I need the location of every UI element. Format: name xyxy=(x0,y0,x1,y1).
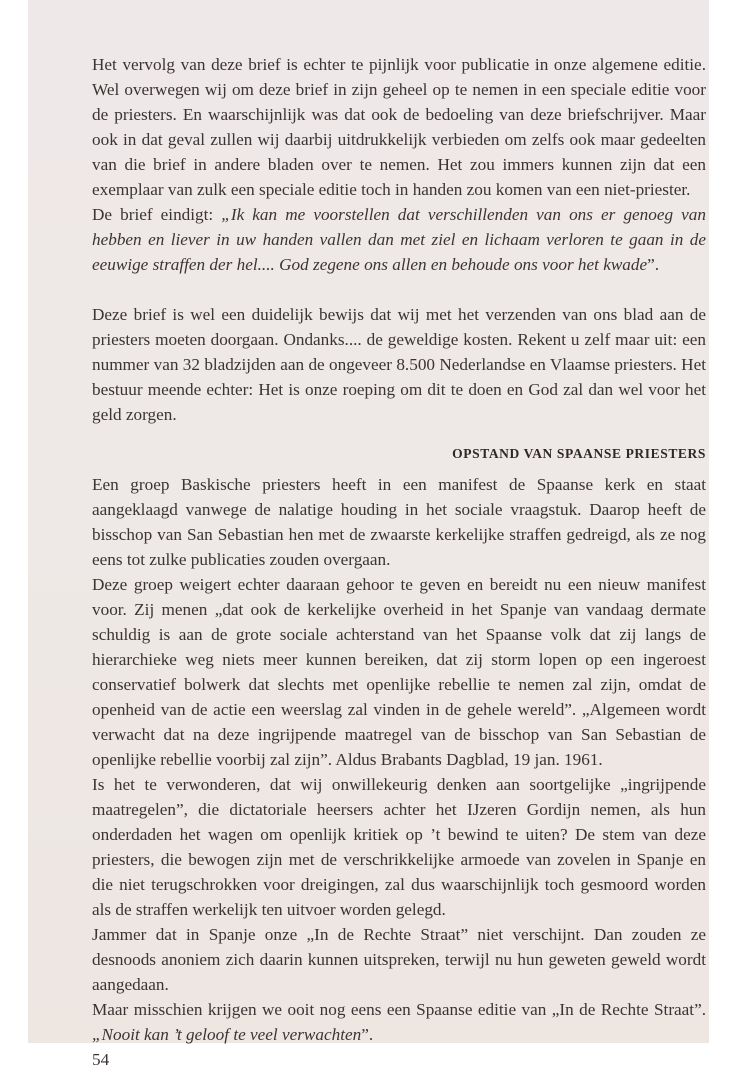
page-text: Het vervolg van deze brief is echter te … xyxy=(92,52,706,1068)
quote-intro: De brief eindigt: xyxy=(92,205,221,224)
quote-outro: ”. xyxy=(647,255,659,274)
closing-text: Maar misschien krijgen we ooit nog eens … xyxy=(92,1000,706,1019)
closing-quote: „Nooit kan ’t geloof te veel verwachten xyxy=(92,1025,361,1044)
paragraph-letter-continuation: Het vervolg van deze brief is echter te … xyxy=(92,52,706,202)
book-page: Het vervolg van deze brief is echter te … xyxy=(28,0,709,1043)
closing-outro: ”. xyxy=(361,1025,373,1044)
closing-paragraph: Maar misschien krijgen we ooit nog eens … xyxy=(92,997,706,1047)
page-number: 54 xyxy=(92,1047,706,1068)
paragraph-conclusion: Deze brief is wel een duidelijk bewijs d… xyxy=(92,302,706,427)
paragraph-gap xyxy=(92,277,706,302)
section-paragraph: Deze groep weigert echter daaraan gehoor… xyxy=(92,572,706,772)
section-paragraph: Jammer dat in Spanje onze „In de Rechte … xyxy=(92,922,706,997)
section-paragraph: Is het te verwonderen, dat wij onwilleke… xyxy=(92,772,706,922)
paragraph-letter-ending: De brief eindigt: „Ik kan me voorstellen… xyxy=(92,202,706,277)
section-heading: OPSTAND VAN SPAANSE PRIESTERS xyxy=(92,441,706,466)
section-paragraph: Een groep Baskische priesters heeft in e… xyxy=(92,472,706,572)
